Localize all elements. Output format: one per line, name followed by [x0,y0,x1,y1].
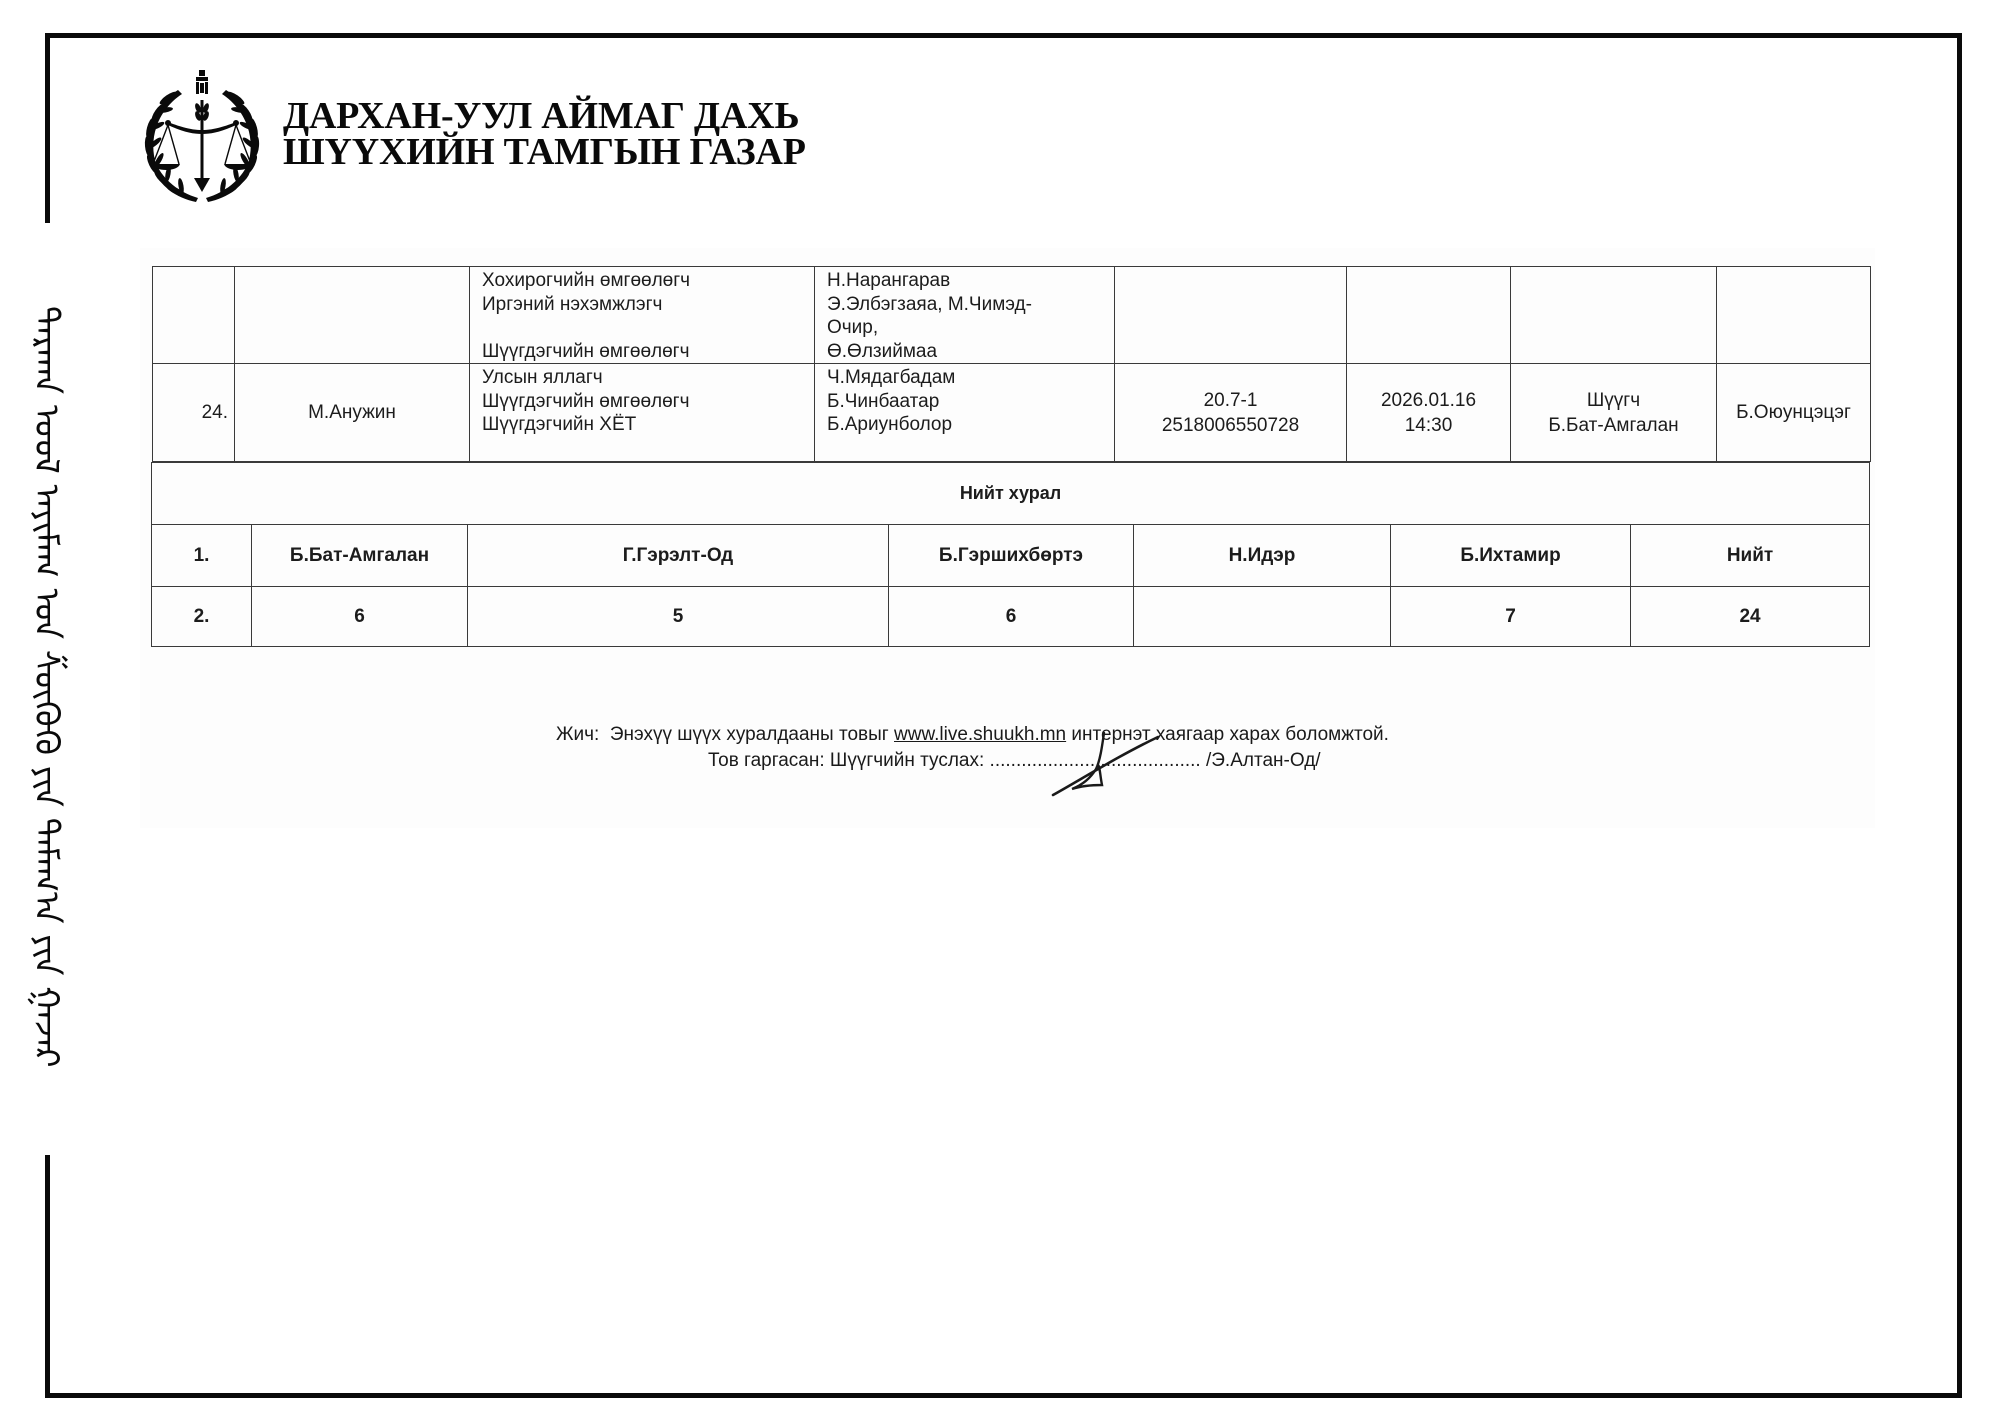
summary-value-cell: 5 [468,587,889,647]
judge-cell: Шүүгч Б.Бат-Амгалан [1511,364,1717,462]
participant-line: Б.Ариунболор [827,413,1102,437]
hearing-schedule-table: Хохирогчийн өмгөөлөгч Иргэний нэхэмжлэгч… [152,266,1871,462]
summary-value-cell: 7 [1391,587,1631,647]
summary-header-row: 1. Б.Бат-Амгалан Г.Гэрэлт-Од Б.Гэршихбөр… [152,525,1870,587]
role-line: Шүүгдэгчийн ХЁТ [482,413,802,437]
participants-cell: Н.Нарангарав Э.Элбэгзаяа, М.Чимэд- Очир,… [815,267,1115,364]
role-line: Иргэний нэхэмжлэгч [482,293,802,317]
summary-value-row: 2. 6 5 6 7 24 [152,587,1870,647]
participant-line [827,437,1102,461]
summary-header-cell: Н.Идэр [1134,525,1391,587]
clerk-cell: Б.Оюунцэцэг [1717,364,1871,462]
table-row: 24. М.Анужин Улсын яллагч Шүүгдэгчийн өм… [153,364,1871,462]
judge-title: Шүүгч [1511,388,1716,413]
page-frame-left-bottom [45,1155,50,1398]
hearing-time: 14:30 [1347,413,1510,438]
summary-value-cell: 24 [1631,587,1870,647]
clerk-cell [1717,267,1871,364]
mongolian-script-text: ᠳᠠᠷᠬᠠᠨ ᠤᠤᠯ ᠠᠶᠢᠮᠠᠭ ᠤᠨ ᠱᠦᠭᠦᠬᠦ ᠶᠢᠨ ᠲᠠᠮᠠᠭ᠎ᠠ … [16,306,76,1068]
participant-line: Ч.Мядагбадам [827,366,1102,390]
row-number-cell: 24. [153,364,235,462]
participant-line: Очир, [827,316,1102,340]
participant-line: Ө.Өлзиймаа [827,340,1102,364]
roles-cell: Улсын яллагч Шүүгдэгчийн өмгөөлөгч Шүүгд… [470,364,815,462]
summary-header-cell: Б.Гэршихбөртэ [889,525,1134,587]
role-line [482,437,802,461]
summary-value-cell: 6 [252,587,468,647]
assistant-cell [235,267,470,364]
mongolian-script-side-text: ᠳᠠᠷᠬᠠᠨ ᠤᠤᠯ ᠠᠶᠢᠮᠠᠭ ᠤᠨ ᠱᠦᠭᠦᠬᠦ ᠶᠢᠨ ᠲᠠᠮᠠᠭ᠎ᠠ … [22,232,70,1142]
participant-line: Н.Нарангарав [827,269,1102,293]
judge-cell [1511,267,1717,364]
summary-title: Нийт хурал [152,463,1870,525]
role-line: Шүүгдэгчийн өмгөөлөгч [482,390,802,414]
summary-header-cell: 1. [152,525,252,587]
footnote: Жич: Энэхүү шүүх хуралдааны товыг www.li… [556,724,1389,746]
article-case-cell: 20.7-1 2518006550728 [1115,364,1347,462]
organization-title-line1: ДАРХАН-УУЛ АЙМАГ ДАХЬ [283,98,806,134]
signature-icon [1040,725,1180,810]
article-case-cell [1115,267,1347,364]
summary-table: Нийт хурал 1. Б.Бат-Амгалан Г.Гэрэлт-Од … [151,462,1870,647]
role-line: Улсын яллагч [482,366,802,390]
page-frame-top [45,33,1962,38]
article-number: 20.7-1 [1115,388,1346,413]
assistant-cell: М.Анужин [235,364,470,462]
row-number-cell [153,267,235,364]
roles-cell: Хохирогчийн өмгөөлөгч Иргэний нэхэмжлэгч… [470,267,815,364]
participant-line: Б.Чинбаатар [827,390,1102,414]
summary-value-cell: 6 [889,587,1134,647]
summary-header-cell: Нийт [1631,525,1870,587]
organization-title-line2: ШҮҮХИЙН ТАМГЫН ГАЗАР [283,134,806,170]
role-line: Шүүгдэгчийн өмгөөлөгч [482,340,802,364]
datetime-cell [1347,267,1511,364]
judge-name: Б.Бат-Амгалан [1511,413,1716,438]
hearing-date: 2026.01.16 [1347,388,1510,413]
summary-value-cell [1134,587,1391,647]
case-number: 2518006550728 [1115,413,1346,438]
organization-title: ДАРХАН-УУЛ АЙМАГ ДАХЬ ШҮҮХИЙН ТАМГЫН ГАЗ… [283,98,806,170]
summary-value-cell: 2. [152,587,252,647]
participant-line: Э.Элбэгзаяа, М.Чимэд- [827,293,1102,317]
summary-header-cell: Б.Ихтамир [1391,525,1631,587]
role-line [482,316,802,340]
role-line: Хохирогчийн өмгөөлөгч [482,269,802,293]
footnote-prefix: Жич: Энэхүү шүүх хуралдааны товыг [556,724,894,745]
court-scales-emblem-icon [138,68,266,208]
datetime-cell: 2026.01.16 14:30 [1347,364,1511,462]
page-frame-bottom [45,1393,1962,1398]
page-frame-left-top [45,33,50,223]
page-frame-right [1957,33,1962,1398]
summary-header-cell: Г.Гэрэлт-Од [468,525,889,587]
table-row: Хохирогчийн өмгөөлөгч Иргэний нэхэмжлэгч… [153,267,1871,364]
participants-cell: Ч.Мядагбадам Б.Чинбаатар Б.Ариунболор [815,364,1115,462]
issued-by-line: Тов гаргасан: Шүүгчийн туслах: .........… [708,750,1321,772]
summary-title-row: Нийт хурал [152,463,1870,525]
summary-header-cell: Б.Бат-Амгалан [252,525,468,587]
